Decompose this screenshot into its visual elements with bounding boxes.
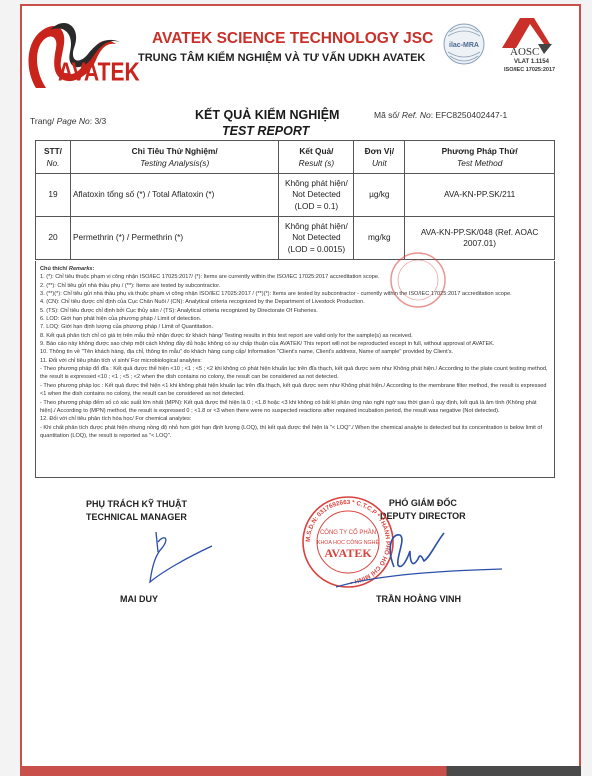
remark-item: 2. (**): Chỉ tiêu gửi nhà thầu phụ / (**…: [40, 282, 550, 290]
cell-analysis: Permethrin (*) / Permethrin (*): [70, 217, 279, 260]
report-title-en: TEST REPORT: [222, 124, 309, 138]
ilac-mra-logo-icon: ilac-MRA: [442, 22, 486, 66]
page-number: Trang/ Page No: 3/3: [30, 116, 106, 126]
remark-item: - Theo phương pháp đếm số có xác suất lớ…: [40, 399, 550, 416]
remark-item: - Theo phương pháp lọc : Kết quả được th…: [40, 382, 550, 399]
cell-unit: µg/kg: [354, 174, 405, 217]
logo-text: AVATEK: [58, 58, 140, 88]
remark-item: 11. Đối với chỉ tiêu phân tích vi sinh/ …: [40, 357, 550, 365]
col-header-analysis: Chỉ Tiêu Thử Nghiệm/Testing Analysis(s): [70, 141, 279, 174]
col-header-unit: Đơn Vị/Unit: [354, 141, 405, 174]
remark-item: 12. Đối với chỉ tiêu phân tích hóa học/ …: [40, 415, 550, 423]
results-table: STT/No. Chỉ Tiêu Thử Nghiệm/Testing Anal…: [35, 140, 555, 260]
remark-item: 4. (CN): Chỉ tiêu được chỉ định của Cục …: [40, 298, 550, 306]
table-row: 19 Aflatoxin tổng số (*) / Total Aflatox…: [36, 174, 555, 217]
cell-no: 20: [36, 217, 71, 260]
partial-stamp-icon: [388, 250, 448, 310]
deputy-director-signature-icon: [326, 527, 506, 593]
remarks-title: Chú thích/ Remarks:: [40, 265, 550, 273]
aosc-vlat: VLAT 1.1154: [514, 59, 549, 65]
col-header-result: Kết Quả/Result (s): [279, 141, 354, 174]
technical-manager-title: PHỤ TRÁCH KỸ THUẬTTECHNICAL MANAGER: [86, 498, 187, 524]
remark-item: 8. Kết quả phân tích chỉ có giá trị trên…: [40, 332, 550, 340]
remark-item: 10. Thông tin về "Tên khách hàng, địa ch…: [40, 348, 550, 356]
remark-item: - Khi chất phân tích được phát hiện nhưn…: [40, 424, 550, 441]
company-name: AVATEK SCIENCE TECHNOLOGY JSC: [152, 30, 433, 48]
svg-text:ilac-MRA: ilac-MRA: [449, 42, 479, 49]
remark-item: 6. LOD: Giới hạn phát hiện của phương ph…: [40, 315, 550, 323]
remarks-section: Chú thích/ Remarks: 1. (*): Chỉ tiêu thu…: [35, 261, 555, 478]
cell-result: Không phát hiện/Not Detected(LOD = 0.001…: [279, 217, 354, 260]
aosc-label: AOSC: [510, 46, 539, 58]
technical-manager-name: MAI DUY: [120, 594, 158, 604]
cell-result: Không phát hiện/Not Detected(LOD = 0.1): [279, 174, 354, 217]
footer-band: [20, 766, 581, 776]
table-row: 20 Permethrin (*) / Permethrin (*) Không…: [36, 217, 555, 260]
technical-manager-signature-icon: [142, 528, 218, 592]
col-header-method: Phương Pháp Thử/Test Method: [405, 141, 555, 174]
table-header-row: STT/No. Chỉ Tiêu Thử Nghiệm/Testing Anal…: [36, 141, 555, 174]
col-header-no: STT/No.: [36, 141, 71, 174]
cell-no: 19: [36, 174, 71, 217]
deputy-director-name: TRẦN HOÀNG VINH: [376, 594, 461, 604]
company-subtitle: TRUNG TÂM KIỂM NGHIỆM VÀ TƯ VẤN UDKH AVA…: [138, 52, 425, 64]
remark-item: 1. (*): Chỉ tiêu thuộc phạm vi công nhận…: [40, 273, 550, 281]
remark-item: 5. (TS): Chỉ tiêu được chỉ định bởi Cục …: [40, 307, 550, 315]
cell-method: AVA-KN-PP.SK/211: [405, 174, 555, 217]
aosc-iso: ISO/IEC 17025:2017: [504, 67, 555, 73]
aosc-logo-icon: [494, 14, 556, 74]
remark-item: 3. (**)(*): Chỉ tiêu gửi nhà thầu phụ và…: [40, 290, 550, 298]
remark-item: - Theo phương pháp đổ đĩa : Kết quả được…: [40, 365, 550, 382]
cell-analysis: Aflatoxin tổng số (*) / Total Aflatoxin …: [70, 174, 279, 217]
remark-item: 7. LOQ: Giới hạn định lượng của phương p…: [40, 323, 550, 331]
report-title-vn: KẾT QUẢ KIỂM NGHIỆM: [195, 108, 339, 122]
remark-item: 9. Báo cáo này không được sao chép một c…: [40, 340, 550, 348]
reference-number: Mã số/ Ref. No: EFC8250402447-1: [374, 110, 507, 120]
